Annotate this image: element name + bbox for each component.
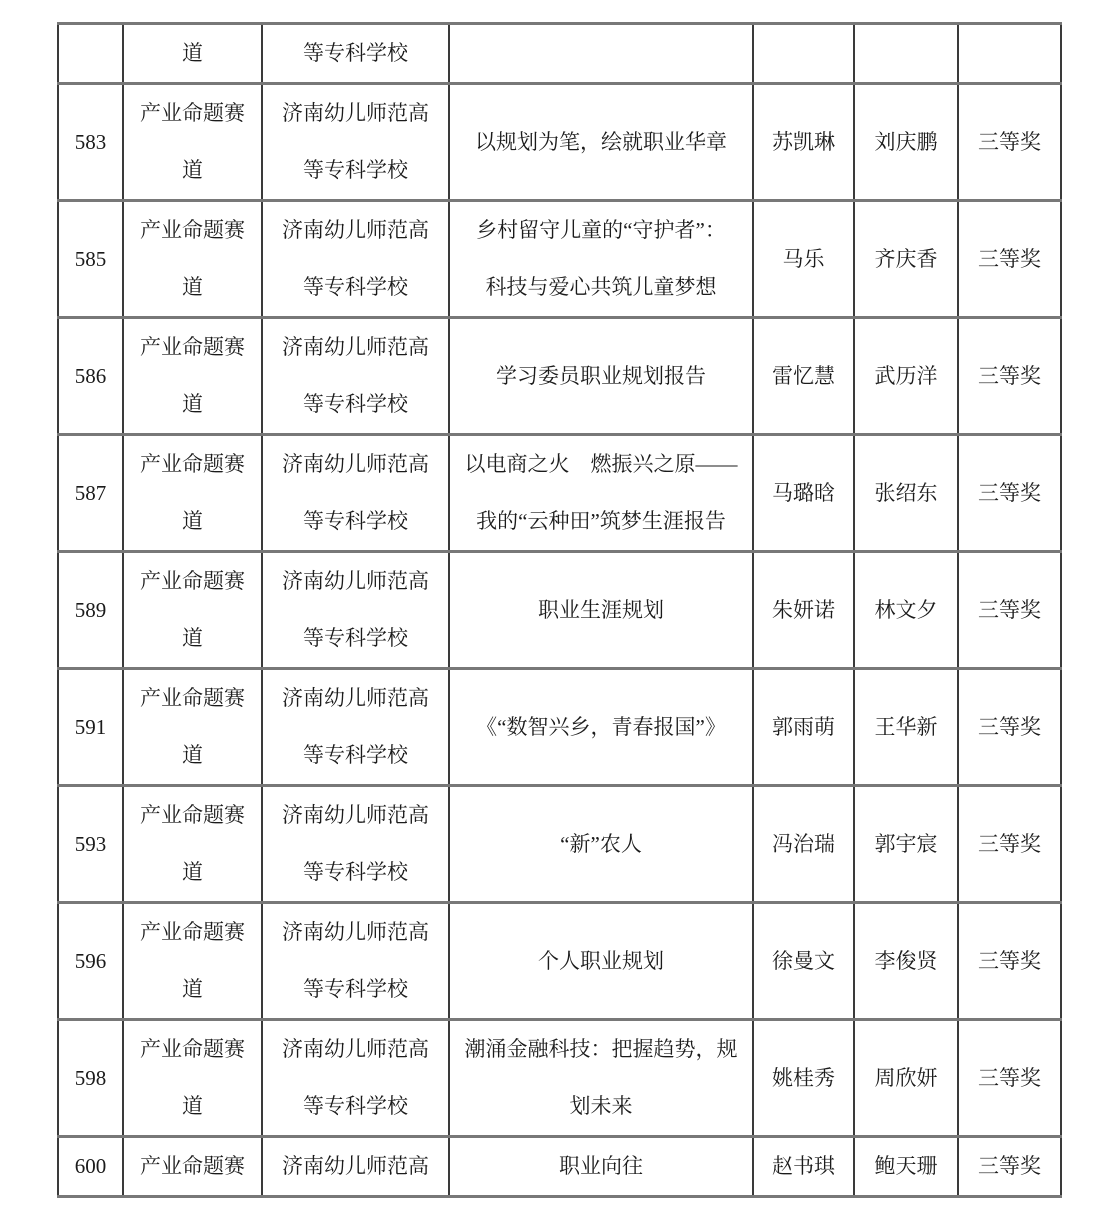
cell-member-2: 王华新 bbox=[854, 669, 958, 786]
cell-entry-number: 600 bbox=[58, 1137, 123, 1197]
cell-track: 产业命题赛 bbox=[123, 1137, 262, 1197]
cell-track: 道 bbox=[123, 24, 262, 84]
cell-member-2: 刘庆鹏 bbox=[854, 84, 958, 201]
cell-school: 济南幼儿师范高等专科学校 bbox=[262, 1020, 449, 1137]
cell-member-1: 苏凯琳 bbox=[753, 84, 854, 201]
cell-project-title: 以规划为笔，绘就职业华章 bbox=[449, 84, 753, 201]
cell-member-1: 姚桂秀 bbox=[753, 1020, 854, 1137]
cell-school: 济南幼儿师范高等专科学校 bbox=[262, 84, 449, 201]
cell-member-1: 马乐 bbox=[753, 201, 854, 318]
cell-school: 济南幼儿师范高等专科学校 bbox=[262, 435, 449, 552]
cell-project-title: 潮涌金融科技：把握趋势，规划未来 bbox=[449, 1020, 753, 1137]
table-row: 586 产业命题赛道 济南幼儿师范高等专科学校 学习委员职业规划报告 雷忆慧 武… bbox=[58, 318, 1061, 435]
table-row: 596 产业命题赛道 济南幼儿师范高等专科学校 个人职业规划 徐曼文 李俊贤 三… bbox=[58, 903, 1061, 1020]
cell-member-2: 林文夕 bbox=[854, 552, 958, 669]
cell-school: 济南幼儿师范高等专科学校 bbox=[262, 318, 449, 435]
table-row: 598 产业命题赛道 济南幼儿师范高等专科学校 潮涌金融科技：把握趋势，规划未来… bbox=[58, 1020, 1061, 1137]
cell-project-title: 学习委员职业规划报告 bbox=[449, 318, 753, 435]
table-row: 600 产业命题赛 济南幼儿师范高 职业向往 赵书琪 鲍天珊 三等奖 bbox=[58, 1137, 1061, 1197]
cell-entry-number: 589 bbox=[58, 552, 123, 669]
cell-project-title: 以电商之火 燃振兴之原——我的“云种田”筑梦生涯报告 bbox=[449, 435, 753, 552]
cell-school: 济南幼儿师范高等专科学校 bbox=[262, 903, 449, 1020]
cell-school: 济南幼儿师范高等专科学校 bbox=[262, 786, 449, 903]
cell-entry-number: 598 bbox=[58, 1020, 123, 1137]
cell-award-level: 三等奖 bbox=[958, 669, 1061, 786]
cell-award-level bbox=[958, 24, 1061, 84]
table-row: 593 产业命题赛道 济南幼儿师范高等专科学校 “新”农人 冯治瑞 郭宇宸 三等… bbox=[58, 786, 1061, 903]
cell-member-1: 赵书琪 bbox=[753, 1137, 854, 1197]
cell-member-1: 郭雨萌 bbox=[753, 669, 854, 786]
cell-track: 产业命题赛道 bbox=[123, 201, 262, 318]
cell-member-1: 冯治瑞 bbox=[753, 786, 854, 903]
cell-track: 产业命题赛道 bbox=[123, 669, 262, 786]
cell-entry-number bbox=[58, 24, 123, 84]
table-row: 589 产业命题赛道 济南幼儿师范高等专科学校 职业生涯规划 朱妍诺 林文夕 三… bbox=[58, 552, 1061, 669]
cell-member-2: 齐庆香 bbox=[854, 201, 958, 318]
cell-project-title: 职业向往 bbox=[449, 1137, 753, 1197]
cell-member-2: 周欣妍 bbox=[854, 1020, 958, 1137]
cell-track: 产业命题赛道 bbox=[123, 903, 262, 1020]
cell-entry-number: 591 bbox=[58, 669, 123, 786]
award-table: 道 等专科学校 583 产业命题赛道 济南幼儿师范高等专科学校 以规划为笔，绘就… bbox=[57, 22, 1062, 1198]
document-page: 道 等专科学校 583 产业命题赛道 济南幼儿师范高等专科学校 以规划为笔，绘就… bbox=[0, 0, 1107, 1218]
cell-member-2: 鲍天珊 bbox=[854, 1137, 958, 1197]
cell-member-2: 张绍东 bbox=[854, 435, 958, 552]
cell-award-level: 三等奖 bbox=[958, 201, 1061, 318]
cell-project-title: 乡村留守儿童的“守护者”：科技与爱心共筑儿童梦想 bbox=[449, 201, 753, 318]
table-row: 583 产业命题赛道 济南幼儿师范高等专科学校 以规划为笔，绘就职业华章 苏凯琳… bbox=[58, 84, 1061, 201]
cell-track: 产业命题赛道 bbox=[123, 1020, 262, 1137]
cell-project-title: 《“数智兴乡，青春报国”》 bbox=[449, 669, 753, 786]
cell-entry-number: 583 bbox=[58, 84, 123, 201]
cell-project-title: 个人职业规划 bbox=[449, 903, 753, 1020]
cell-project-title: 职业生涯规划 bbox=[449, 552, 753, 669]
cell-award-level: 三等奖 bbox=[958, 435, 1061, 552]
cell-track: 产业命题赛道 bbox=[123, 786, 262, 903]
cell-entry-number: 593 bbox=[58, 786, 123, 903]
table-row: 591 产业命题赛道 济南幼儿师范高等专科学校 《“数智兴乡，青春报国”》 郭雨… bbox=[58, 669, 1061, 786]
cell-track: 产业命题赛道 bbox=[123, 318, 262, 435]
cell-entry-number: 586 bbox=[58, 318, 123, 435]
cell-member-2 bbox=[854, 24, 958, 84]
table-row: 587 产业命题赛道 济南幼儿师范高等专科学校 以电商之火 燃振兴之原——我的“… bbox=[58, 435, 1061, 552]
cell-track: 产业命题赛道 bbox=[123, 435, 262, 552]
cell-award-level: 三等奖 bbox=[958, 552, 1061, 669]
cell-school: 济南幼儿师范高等专科学校 bbox=[262, 669, 449, 786]
cell-member-2: 郭宇宸 bbox=[854, 786, 958, 903]
cell-award-level: 三等奖 bbox=[958, 1020, 1061, 1137]
table-row: 道 等专科学校 bbox=[58, 24, 1061, 84]
cell-member-1: 雷忆慧 bbox=[753, 318, 854, 435]
cell-member-1: 朱妍诺 bbox=[753, 552, 854, 669]
cell-member-2: 李俊贤 bbox=[854, 903, 958, 1020]
cell-award-level: 三等奖 bbox=[958, 318, 1061, 435]
cell-member-1: 徐曼文 bbox=[753, 903, 854, 1020]
cell-project-title: “新”农人 bbox=[449, 786, 753, 903]
cell-member-1 bbox=[753, 24, 854, 84]
cell-entry-number: 596 bbox=[58, 903, 123, 1020]
cell-track: 产业命题赛道 bbox=[123, 552, 262, 669]
cell-award-level: 三等奖 bbox=[958, 84, 1061, 201]
cell-member-2: 武历洋 bbox=[854, 318, 958, 435]
cell-award-level: 三等奖 bbox=[958, 786, 1061, 903]
cell-school: 等专科学校 bbox=[262, 24, 449, 84]
cell-award-level: 三等奖 bbox=[958, 903, 1061, 1020]
cell-award-level: 三等奖 bbox=[958, 1137, 1061, 1197]
cell-school: 济南幼儿师范高 bbox=[262, 1137, 449, 1197]
cell-member-1: 马璐晗 bbox=[753, 435, 854, 552]
cell-school: 济南幼儿师范高等专科学校 bbox=[262, 201, 449, 318]
cell-school: 济南幼儿师范高等专科学校 bbox=[262, 552, 449, 669]
table-row: 585 产业命题赛道 济南幼儿师范高等专科学校 乡村留守儿童的“守护者”：科技与… bbox=[58, 201, 1061, 318]
cell-entry-number: 585 bbox=[58, 201, 123, 318]
cell-track: 产业命题赛道 bbox=[123, 84, 262, 201]
cell-entry-number: 587 bbox=[58, 435, 123, 552]
award-table-body: 道 等专科学校 583 产业命题赛道 济南幼儿师范高等专科学校 以规划为笔，绘就… bbox=[58, 24, 1061, 1197]
cell-project-title bbox=[449, 24, 753, 84]
